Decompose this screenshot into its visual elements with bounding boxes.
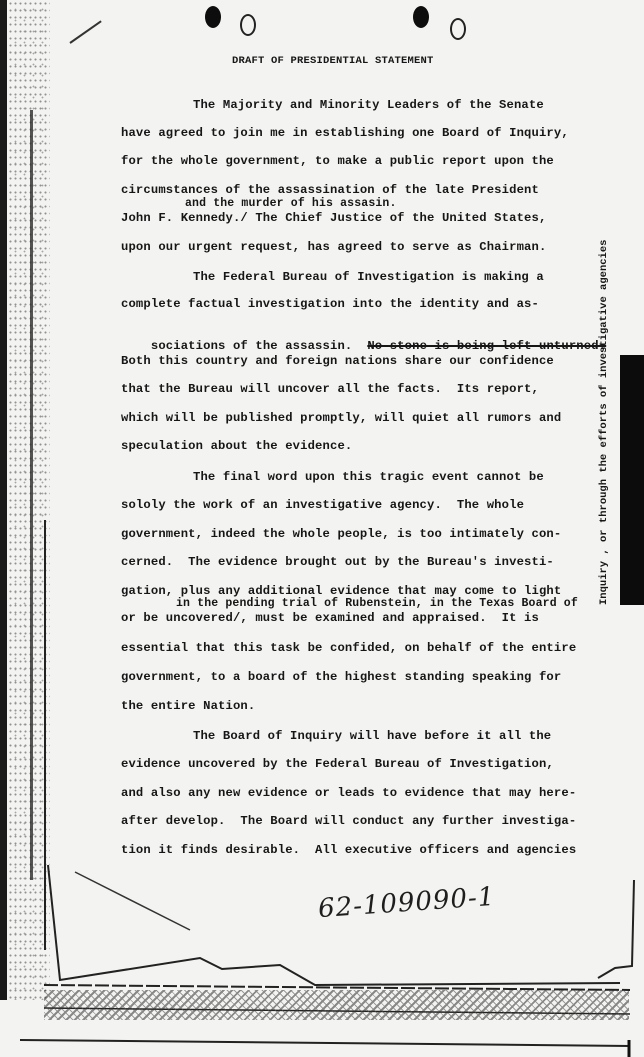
page-frame-lines	[0, 0, 644, 1057]
scan-noise-border	[44, 990, 629, 1020]
scanned-document-page: DRAFT OF PRESIDENTIAL STATEMENT The Majo…	[0, 0, 644, 1057]
